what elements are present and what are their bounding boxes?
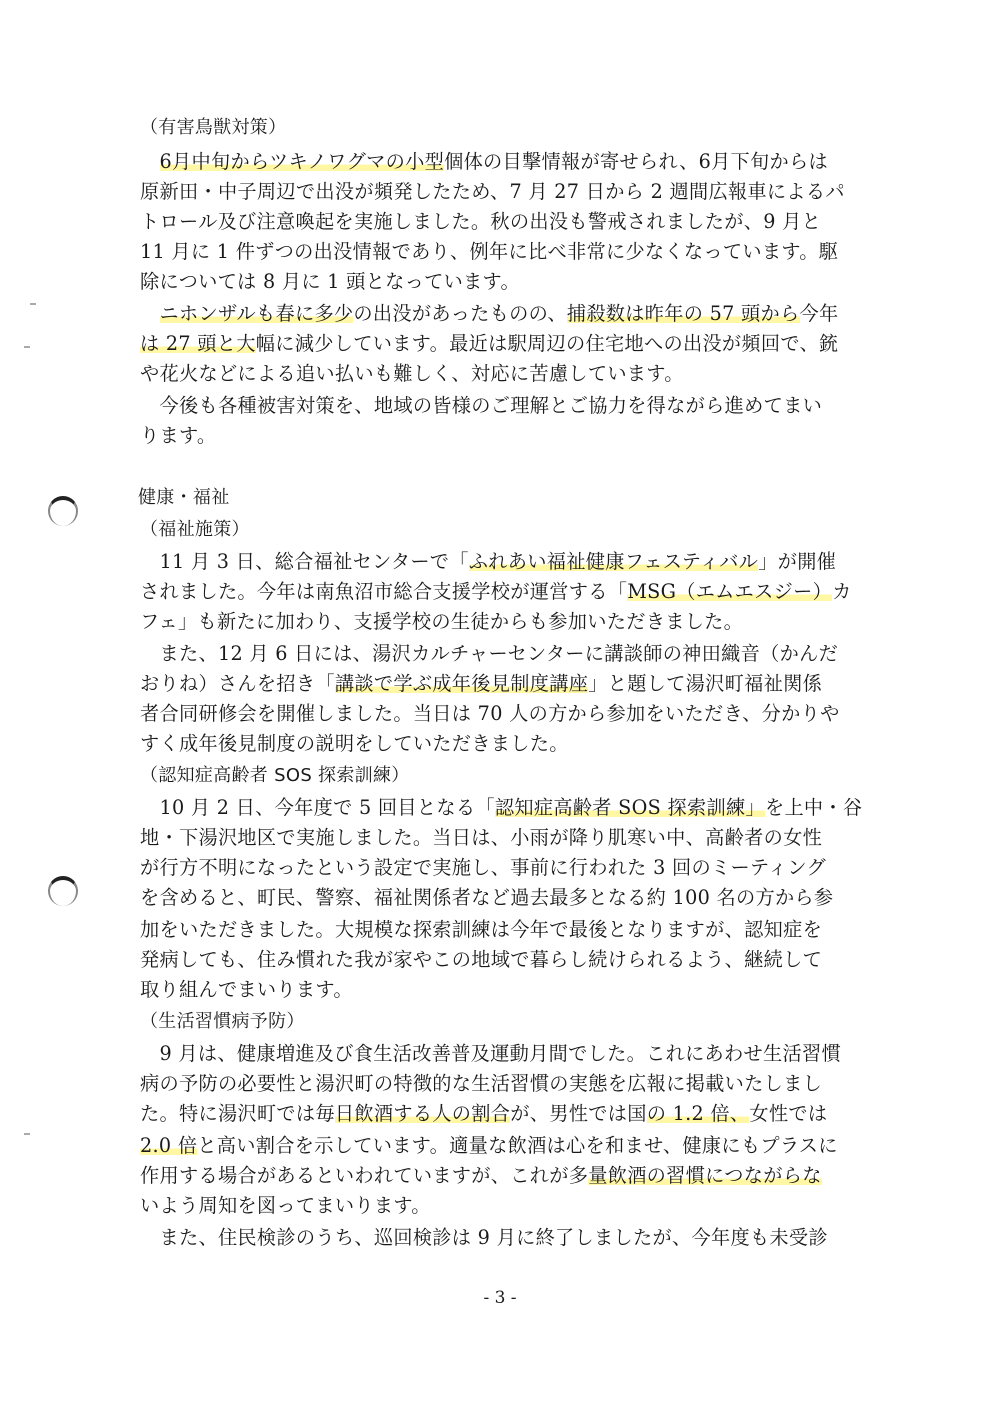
- subheading-lifestyle-disease-prevention: （生活習慣病予防）: [140, 1008, 305, 1036]
- scan-speck: [24, 1133, 30, 1135]
- paragraph-line: また、住民検診のうち、巡回検診は 9 月に終了しましたが、今年度も未受診: [140, 1224, 828, 1252]
- highlight: 6月中旬からツキノワグマの小型: [160, 150, 445, 173]
- section-heading-health-welfare: 健康・福祉: [138, 484, 230, 512]
- highlight: MSG（エムエスジー）: [627, 580, 832, 603]
- binder-hole-top: [48, 496, 78, 526]
- highlight: 捕殺数は昨年の 57 頭から: [567, 302, 800, 325]
- paragraph-line: 病の予防の必要性と湯沢町の特徴的な生活習慣の実態を広報に掲載いたしまし: [140, 1070, 822, 1098]
- highlight: ニホンザルも春に多少: [160, 302, 354, 325]
- paragraph-line: 取り組んでまいります。: [140, 976, 353, 1004]
- highlight: 認知症高齢者 SOS 探索訓練」: [495, 796, 765, 819]
- subheading-dementia-sos-drill: （認知症高齢者 SOS 探索訓練）: [140, 762, 410, 790]
- paragraph-line: を含めると、町民、警察、福祉関係者など過去最多となる約 100 名の方から参: [140, 884, 833, 912]
- highlight: 講談で学ぶ成年後見制度講座: [335, 672, 588, 695]
- paragraph-line: 作用する場合があるといわれていますが、これが多量飲酒の習慣につながらな: [140, 1162, 822, 1190]
- paragraph-line: 者合同研修会を開催しました。当日は 70 人の方から参加をいただき、分かりや: [140, 700, 840, 728]
- paragraph-line: 11 月 3 日、総合福祉センターで「ふれあい福祉健康フェスティバル」が開催: [140, 548, 836, 576]
- highlight: 2.0 倍: [140, 1134, 197, 1157]
- paragraph-line: 6月中旬からツキノワグマの小型個体の目撃情報が寄せられ、6月下旬からは: [140, 148, 828, 176]
- paragraph-line: トロール及び注意喚起を実施しました。秋の出没も警戒されましたが、9 月と: [140, 208, 821, 236]
- binder-hole-bottom: [48, 876, 78, 906]
- paragraph-line: ニホンザルも春に多少の出没があったものの、捕殺数は昨年の 57 頭から今年: [140, 300, 839, 328]
- paragraph-line: いよう周知を図ってまいります。: [140, 1192, 431, 1220]
- paragraph-line: 2.0 倍と高い割合を示しています。適量な飲酒は心を和ませ、健康にもプラスに: [140, 1132, 838, 1160]
- highlight: の 1.2 倍、: [647, 1102, 750, 1125]
- paragraph-line: ります。: [140, 422, 216, 450]
- paragraph-line: 原新田・中子周辺で出没が頻発したため、7 月 27 日から 2 週間広報車による…: [140, 178, 845, 206]
- paragraph-line: や花火などによる追い払いも難しく、対応に苦慮しています。: [140, 360, 684, 388]
- scan-speck: [24, 346, 30, 348]
- paragraph-line: 地・下湯沢地区で実施しました。当日は、小雨が降り肌寒い中、高齢者の女性: [140, 824, 822, 852]
- highlight: 量飲酒の習慣につながらな: [588, 1164, 821, 1187]
- paragraph-line: 9 月は、健康増進及び食生活改善普及運動月間でした。これにあわせ生活習慣: [140, 1040, 841, 1068]
- highlight: は 27 頭と大: [140, 332, 256, 355]
- paragraph-line: 除については 8 月に 1 頭となっています。: [140, 268, 520, 296]
- paragraph-line: おりね）さんを招き「講談で学ぶ成年後見制度講座」と題して湯沢町福祉関係: [140, 670, 822, 698]
- paragraph-line: 11 月に 1 件ずつの出没情報であり、例年に比べ非常に少なくなっています。駆: [140, 238, 838, 266]
- highlight: 日飲酒する人の割合: [335, 1102, 510, 1125]
- paragraph-line: 今後も各種被害対策を、地域の皆様のご理解とご協力を得ながら進めてまい: [140, 392, 822, 420]
- paragraph-line: されました。今年は南魚沼市総合支援学校が運営する「MSG（エムエスジー）カ: [140, 578, 852, 606]
- subheading-welfare-policy: （福祉施策）: [140, 516, 250, 544]
- paragraph-line: 10 月 2 日、今年度で 5 回目となる「認知症高齢者 SOS 探索訓練」を上…: [140, 794, 862, 822]
- paragraph-line: 発病しても、住み慣れた我が家やこの地域で暮らし続けられるよう、継続して: [140, 946, 822, 974]
- paragraph-line: フェ」も新たに加わり、支援学校の生徒からも参加いただきました。: [140, 608, 743, 636]
- paragraph-line: 加をいただきました。大規模な探索訓練は今年で最後となりますが、認知症を: [140, 916, 822, 944]
- highlight: ふれあい福祉健康フェスティバル: [469, 550, 758, 573]
- paragraph-line: が行方不明になったという設定で実施し、事前に行われた 3 回のミーティング: [140, 854, 826, 882]
- paragraph-line: また、12 月 6 日には、湯沢カルチャーセンターに講談師の神田織音（かんだ: [140, 640, 838, 668]
- scan-speck: [30, 303, 36, 305]
- paragraph-line: すく成年後見制度の説明をしていただきました。: [140, 730, 569, 758]
- paragraph-line: た。特に湯沢町では毎日飲酒する人の割合が、男性では国の 1.2 倍、女性では: [140, 1100, 827, 1128]
- paragraph-line: は 27 頭と大幅に減少しています。最近は駅周辺の住宅地への出没が頻回で、銃: [140, 330, 838, 358]
- page-number: - 3 -: [0, 1288, 1000, 1308]
- subheading-pest-control: （有害鳥獣対策）: [140, 114, 286, 142]
